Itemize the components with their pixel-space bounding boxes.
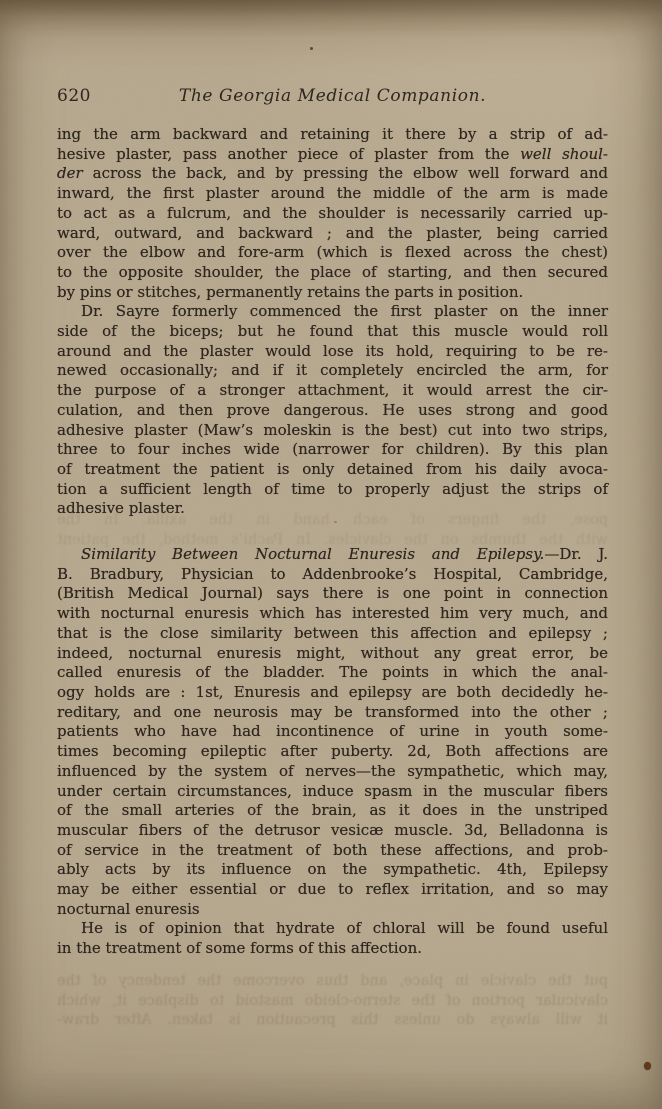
text-line: indeed, nocturnal enuresis might, withou… xyxy=(57,644,608,664)
text-segment: reditary, and one neurosis may be transf… xyxy=(57,703,608,721)
page-content: 620 The Georgia Medical Companion. ing t… xyxy=(57,86,608,959)
text-line: reditary, and one neurosis may be transf… xyxy=(57,703,608,723)
text-segment: around and the plaster would lose its ho… xyxy=(57,342,608,360)
text-segment: ward, outward, and backward ; and the pl… xyxy=(57,224,608,242)
text-segment: clavicular portion of the sterno-cleido … xyxy=(57,993,608,1009)
ink-speck xyxy=(310,47,313,50)
text-segment: influenced by the system of nerves—the s… xyxy=(57,762,608,780)
text-line: ably acts by its influence on the sympat… xyxy=(57,860,608,880)
text-segment: put the clavicle in place, and thus over… xyxy=(57,973,608,989)
text-segment: of the small arteries of the brain, as i… xyxy=(57,801,608,819)
text-segment: ogy holds are : 1st, Enuresis and epilep… xyxy=(57,683,608,701)
paragraph: He is of opinion that hydrate of chloral… xyxy=(57,919,608,958)
text-line: of treatment the patient is only detaine… xyxy=(57,460,608,480)
text-line: der across the back, and by pressing the… xyxy=(57,164,608,184)
text-segment: der xyxy=(57,164,83,182)
text-line: with nocturnal enuresis which has intere… xyxy=(57,604,608,624)
text-segment: adhesive plaster. xyxy=(57,499,185,517)
ink-speck xyxy=(644,1062,651,1070)
text-line: (British Medical Journal) says there is … xyxy=(57,584,608,604)
text-line: ward, outward, and backward ; and the pl… xyxy=(57,224,608,244)
text-line: B. Bradbury, Physician to Addenbrooke’s … xyxy=(57,565,608,585)
text-line: culation, and then prove dangerous. He u… xyxy=(57,401,608,421)
text-segment: —Dr. J. xyxy=(544,545,608,563)
text-line: nocturnal enuresis xyxy=(57,900,608,920)
ink-speck xyxy=(334,521,337,523)
text-line: to act as a fulcrum, and the shoulder is… xyxy=(57,204,608,224)
text-segment: He is of opinion that hydrate of chloral… xyxy=(81,919,608,937)
text-segment: adhesive plaster (Maw’s moleskin is the … xyxy=(57,421,608,439)
text-line: Dr. Sayre formerly commenced the first p… xyxy=(57,302,608,322)
text-line: inward, the first plaster around the mid… xyxy=(57,184,608,204)
text-segment: B. Bradbury, Physician to Addenbrooke’s … xyxy=(57,565,608,583)
text-segment: of treatment the patient is only detaine… xyxy=(57,460,608,478)
bleedthrough-bottom-block: put the clavicle in place, and thus over… xyxy=(57,972,608,1031)
text-segment: in the treatment of some forms of this a… xyxy=(57,939,422,957)
paragraph: Similarity Between Nocturnal Enuresis an… xyxy=(57,545,608,919)
text-segment: Similarity Between Nocturnal Enuresis an… xyxy=(81,545,544,563)
bleedthrough-line: it will always do unless this precaution… xyxy=(57,1011,608,1031)
text-line: three to four inches wide (narrower for … xyxy=(57,440,608,460)
text-segment: called enuresis of the bladder. The poin… xyxy=(57,663,608,681)
text-line: Similarity Between Nocturnal Enuresis an… xyxy=(57,545,608,565)
text-line: under certain circumstances, induce spas… xyxy=(57,782,608,802)
bleedthrough-line: put the clavicle in place, and thus over… xyxy=(57,972,608,992)
text-segment: well shoul- xyxy=(520,145,608,163)
text-segment: indeed, nocturnal enuresis might, withou… xyxy=(57,644,608,662)
text-segment: tion a sufficient length of time to prop… xyxy=(57,480,608,498)
text-line: adhesive plaster. xyxy=(57,499,608,519)
text-line: of the small arteries of the brain, as i… xyxy=(57,801,608,821)
text-segment: side of the biceps; but he found that th… xyxy=(57,322,608,340)
paragraph: Dr. Sayre formerly commenced the first p… xyxy=(57,302,608,519)
book-page-scan: pose, the fingers of each hand in the ax… xyxy=(0,0,662,1109)
text-line: by pins or stitches, permanently retains… xyxy=(57,283,608,303)
text-line: of service in the treatment of both thes… xyxy=(57,841,608,861)
text-line: muscular fibers of the detrusor vesicæ m… xyxy=(57,821,608,841)
text-line: patients who have had incontinence of ur… xyxy=(57,722,608,742)
text-line: influenced by the system of nerves—the s… xyxy=(57,762,608,782)
text-line: adhesive plaster (Maw’s moleskin is the … xyxy=(57,421,608,441)
page-header: 620 The Georgia Medical Companion. xyxy=(57,86,608,108)
text-segment: across the back, and by pressing the elb… xyxy=(83,164,608,182)
text-line: ogy holds are : 1st, Enuresis and epilep… xyxy=(57,683,608,703)
text-segment: to the opposite shoulder, the place of s… xyxy=(57,263,608,281)
text-segment: three to four inches wide (narrower for … xyxy=(57,440,608,458)
text-segment: ing the arm backward and retaining it th… xyxy=(57,125,608,143)
text-segment: over the elbow and fore-arm (which is fl… xyxy=(57,243,608,261)
text-segment: of service in the treatment of both thes… xyxy=(57,841,608,859)
text-segment: inward, the first plaster around the mid… xyxy=(57,184,608,202)
text-segment: Dr. Sayre formerly commenced the first p… xyxy=(81,302,608,320)
text-line: ing the arm backward and retaining it th… xyxy=(57,125,608,145)
text-line: hesive plaster, pass another piece of pl… xyxy=(57,145,608,165)
text-segment: nocturnal enuresis xyxy=(57,900,200,918)
text-segment: culation, and then prove dangerous. He u… xyxy=(57,401,608,419)
text-segment: to act as a fulcrum, and the shoulder is… xyxy=(57,204,608,222)
text-segment: (British Medical Journal) says there is … xyxy=(57,584,608,602)
text-line: newed occasionally; and if it completely… xyxy=(57,361,608,381)
text-line: in the treatment of some forms of this a… xyxy=(57,939,608,959)
text-line: to the opposite shoulder, the place of s… xyxy=(57,263,608,283)
text-line: over the elbow and fore-arm (which is fl… xyxy=(57,243,608,263)
text-segment: under certain circumstances, induce spas… xyxy=(57,782,608,800)
text-line: times becoming epileptic after puberty. … xyxy=(57,742,608,762)
text-segment: times becoming epileptic after puberty. … xyxy=(57,742,608,760)
text-segment: that is the close similarity between thi… xyxy=(57,624,608,642)
text-segment: hesive plaster, pass another piece of pl… xyxy=(57,145,520,163)
text-line: that is the close similarity between thi… xyxy=(57,624,608,644)
text-segment: by pins or stitches, permanently retains… xyxy=(57,283,523,301)
text-line: the purpose of a stronger attachment, it… xyxy=(57,381,608,401)
text-segment: ably acts by its influence on the sympat… xyxy=(57,860,608,878)
text-segment: the purpose of a stronger attachment, it… xyxy=(57,381,608,399)
text-segment: may be either essential or due to reflex… xyxy=(57,880,608,898)
text-segment: it will always do unless this precaution… xyxy=(57,1012,608,1028)
text-segment: patients who have had incontinence of ur… xyxy=(57,722,608,740)
text-segment: with nocturnal enuresis which has intere… xyxy=(57,604,608,622)
text-line: called enuresis of the bladder. The poin… xyxy=(57,663,608,683)
text-line: He is of opinion that hydrate of chloral… xyxy=(57,919,608,939)
text-line: around and the plaster would lose its ho… xyxy=(57,342,608,362)
bleedthrough-line: clavicular portion of the sterno-cleido … xyxy=(57,992,608,1012)
text-line: side of the biceps; but he found that th… xyxy=(57,322,608,342)
text-line: may be either essential or due to reflex… xyxy=(57,880,608,900)
page-title: The Georgia Medical Companion. xyxy=(57,86,608,106)
body-text: ing the arm backward and retaining it th… xyxy=(57,125,608,959)
text-segment: newed occasionally; and if it completely… xyxy=(57,361,608,379)
text-segment: muscular fibers of the detrusor vesicæ m… xyxy=(57,821,608,839)
text-line: tion a sufficient length of time to prop… xyxy=(57,480,608,500)
paragraph: ing the arm backward and retaining it th… xyxy=(57,125,608,302)
